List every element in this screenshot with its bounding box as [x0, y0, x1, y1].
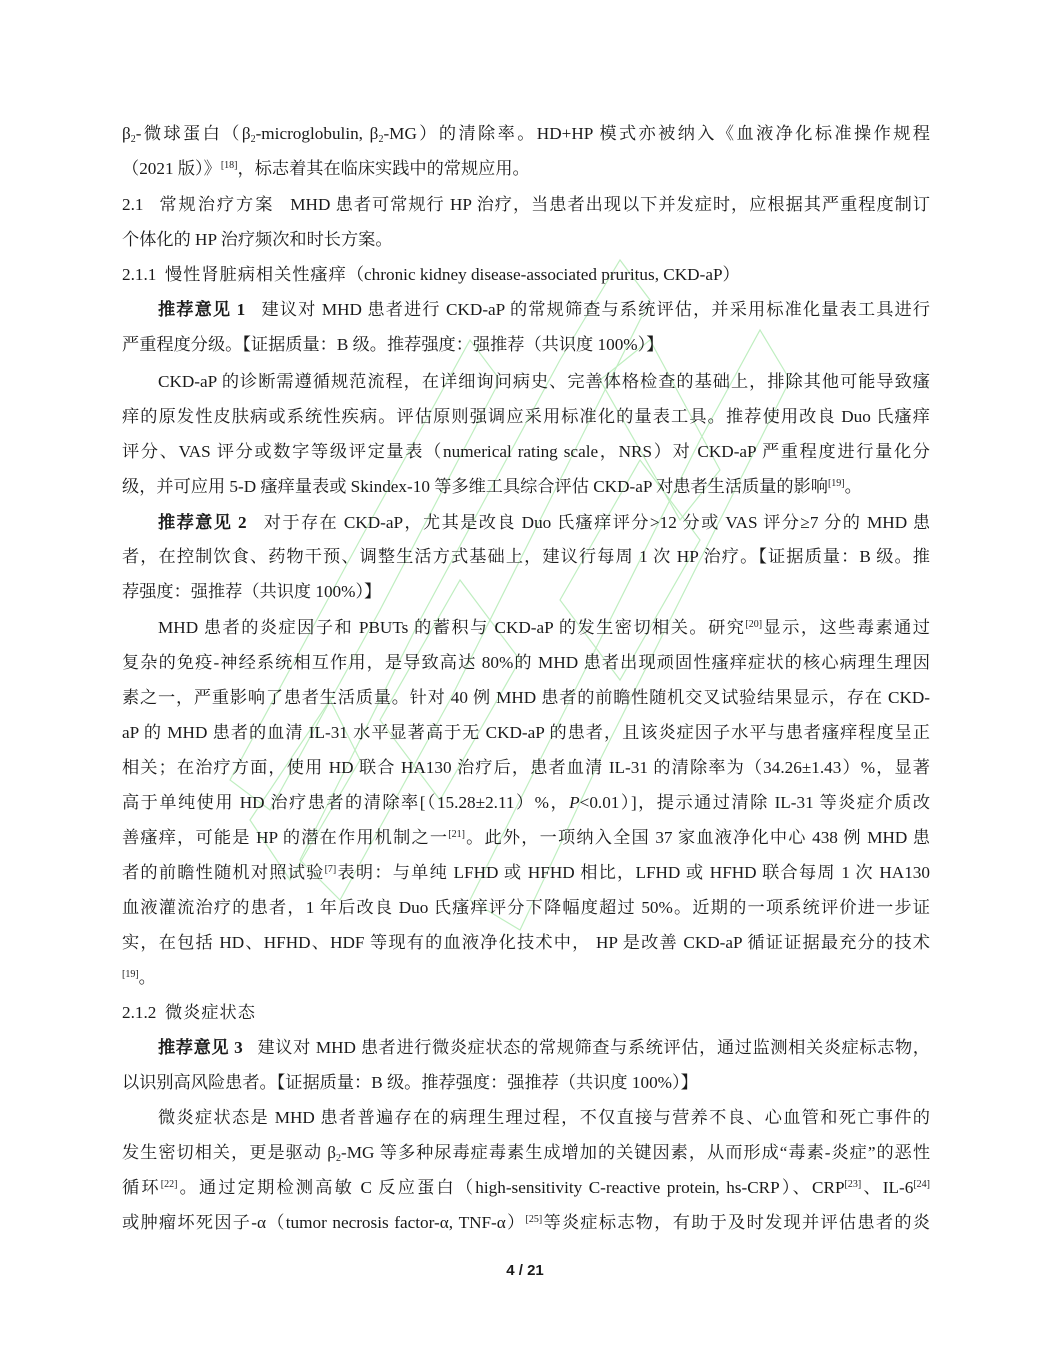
text-line: 者，在控制饮食、药物干预、调整生活方式基础上，建议行每周 1 次 HP 治疗。【… — [122, 546, 930, 568]
paragraph-line: MHD 患者的炎症因子和 PBUTs 的蓄积与 CKD-aP 的发生密切相关。研… — [122, 617, 930, 639]
text-line: 复杂的免疫-神经系统相互作用，是导致高达 80%的 MHD 患者出现顽固性瘙痒症… — [122, 652, 930, 674]
recommendation-2: 推荐意见 2 对于存在 CKD-aP，尤其是改良 Duo 氏瘙痒评分>12 分或… — [122, 512, 930, 534]
text-line: 相关；在治疗方面，使用 HD 联合 HA130 治疗后，患者血清 IL-31 的… — [122, 757, 930, 779]
recommendation-3: 推荐意见 3 建议对 MHD 患者进行微炎症状态的常规筛查与系统评估，通过监测相… — [122, 1037, 930, 1059]
citation[interactable]: [19] — [828, 478, 845, 489]
section-heading-2-1-1: 2.1.1 慢性肾脏病相关性瘙痒（chronic kidney disease-… — [122, 264, 740, 286]
citation[interactable]: [20] — [745, 619, 762, 630]
text-line: 发生密切相关，更是驱动 β2-MG 等多种尿毒症毒素生成增加的关键因素，从而形成… — [122, 1142, 930, 1164]
text-line: 荐强度：强推荐（共识度 100%）】 — [122, 581, 381, 603]
text-line: 循环[22]。通过定期检测高敏 C 反应蛋白（high-sensitivity … — [122, 1177, 930, 1199]
citation[interactable]: [18] — [221, 160, 238, 171]
citation[interactable]: [21] — [448, 829, 465, 840]
text-line: 个体化的 HP 治疗频次和时长方案。 — [122, 229, 393, 251]
text-line: 以识别高风险患者。【证据质量：B 级。推荐强度：强推荐（共识度 100%）】 — [122, 1072, 698, 1094]
paragraph-line: CKD-aP 的诊断需遵循规范流程，在详细询问病史、完善体格检查的基础上，排除其… — [122, 371, 930, 393]
text-line: β2-微球蛋白（β2-microglobulin, β2-MG）的清除率。HD+… — [122, 123, 930, 145]
text-line: 血液灌流治疗的患者，1 年后改良 Duo 氏瘙痒评分下降幅度超过 50%。近期的… — [122, 897, 930, 919]
section-heading-2-1-2: 2.1.2 微炎症状态 — [122, 1002, 256, 1024]
citation[interactable]: [24] — [913, 1179, 930, 1190]
text-line: 高于单纯使用 HD 治疗患者的清除率[（15.28±2.11）%，P<0.01）… — [122, 792, 930, 814]
citation[interactable]: [22] — [161, 1179, 178, 1190]
text-line: 评分、VAS 评分或数字等级评定量表（numerical rating scal… — [122, 441, 930, 463]
recommendation-label: 推荐意见 2 — [158, 513, 247, 532]
section-title: 常规治疗方案 — [159, 195, 274, 214]
paragraph-line: 微炎症状态是 MHD 患者普遍存在的病理生理过程，不仅直接与营养不良、心血管和死… — [122, 1107, 930, 1129]
text-line: 者的前瞻性随机对照试验[7]表明：与单纯 LFHD 或 HFHD 相比，LFHD… — [122, 862, 930, 884]
recommendation-label: 推荐意见 1 — [158, 300, 245, 319]
text-line: 严重程度分级。【证据质量：B 级。推荐强度：强推荐（共识度 100%）】 — [122, 334, 663, 356]
text-line: 素之一，严重影响了患者生活质量。针对 40 例 MHD 患者的前瞻性随机交叉试验… — [122, 687, 930, 709]
page-number: 4 / 21 — [0, 1262, 1050, 1279]
text-line: aP 的 MHD 患者的血清 IL-31 水平显著高于无 CKD-aP 的患者，… — [122, 722, 930, 744]
section-title: 慢性肾脏病相关性瘙痒 — [165, 265, 347, 284]
section-heading-2-1: 2.1 常规治疗方案 MHD 患者可常规行 HP 治疗，当患者出现以下并发症时，… — [122, 194, 930, 216]
citation[interactable]: [7] — [325, 864, 337, 875]
text-line: [19]。 — [122, 967, 156, 989]
section-title: 微炎症状态 — [165, 1003, 256, 1022]
text-line: 善瘙痒，可能是 HP 的潜在作用机制之一[21]。此外，一项纳入全国 37 家血… — [122, 827, 930, 849]
recommendation-1: 推荐意见 1 建议对 MHD 患者进行 CKD-aP 的常规筛查与系统评估，并采… — [122, 299, 930, 321]
text-line: （2021 版）》[18]，标志着其在临床实践中的常规应用。 — [122, 158, 530, 180]
text-line: 痒的原发性皮肤病或系统性疾病。评估原则强调应采用标准化的量表工具。推荐使用改良 … — [122, 406, 930, 428]
citation[interactable]: [23] — [845, 1179, 862, 1190]
text-line: 级，并可应用 5-D 瘙痒量表或 Skindex-10 等多维工具综合评估 CK… — [122, 476, 862, 498]
text-line: 实，在包括 HD、HFHD、HDF 等现有的血液净化技术中， HP 是改善 CK… — [122, 932, 930, 954]
text-line: 或肿瘤坏死因子-α（tumor necrosis factor-α, TNF-α… — [122, 1212, 930, 1234]
recommendation-label: 推荐意见 3 — [158, 1038, 243, 1057]
citation[interactable]: [19] — [122, 969, 139, 980]
citation[interactable]: [25] — [526, 1214, 543, 1225]
